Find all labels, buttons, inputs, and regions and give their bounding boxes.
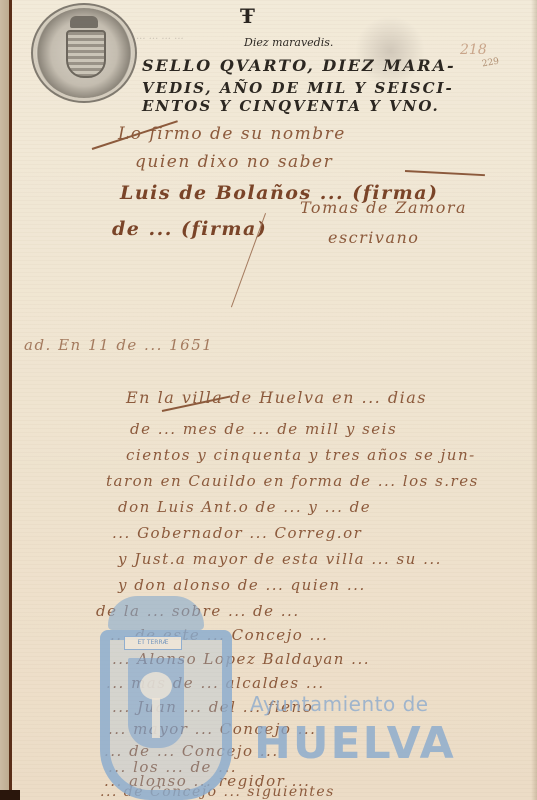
tree-icon <box>140 672 172 700</box>
bleed-through-text: ··· ··· ··· ··· <box>136 34 184 45</box>
stamp-line-3: ENTOS Y CINQVENTA Y VNO. <box>142 97 440 115</box>
date-note: ad. En 11 de ... 1651 <box>24 336 213 354</box>
paragraph-line: ... Gobernador ... Correg.or <box>112 524 362 542</box>
denomination-label: Diez maravedis. <box>244 36 333 49</box>
paragraph-line: taron en Cauildo en forma de ... los s.r… <box>106 472 479 490</box>
stamp-line-2: VEDIS, AÑO DE MIL Y SEISCI- <box>142 79 454 97</box>
watermark-ayuntamiento: Ayuntamiento de <box>250 692 429 716</box>
huelva-coat-of-arms-icon: ET TERRÆ <box>100 630 232 800</box>
paragraph-line: y Just.a mayor de esta villa ... su ... <box>118 550 442 568</box>
shield-field <box>128 658 184 748</box>
watermark-crown-icon <box>108 596 204 630</box>
paragraph-line: y don alonso de ... quien ... <box>118 576 366 594</box>
watermark-huelva: HUELVA <box>254 718 456 769</box>
hw-line: quien dixo no saber <box>135 152 333 172</box>
seal-shield-icon <box>66 30 106 78</box>
page-right-edge <box>531 0 537 800</box>
paragraph-line: cientos y cinquenta y tres años se jun- <box>126 446 476 464</box>
paragraph-line: de ... mes de ... de mill y seis <box>130 420 397 438</box>
seal-crown-icon <box>70 16 98 28</box>
stain <box>355 16 425 86</box>
folio-number: 218 <box>460 42 487 58</box>
printed-mark: Ŧ <box>240 4 255 28</box>
shield-label: ET TERRÆ <box>124 636 182 650</box>
signature: escrivano <box>328 228 419 247</box>
paragraph-line: don Luis Ant.o de ... y ... de <box>118 498 371 516</box>
signature: Tomas de Zamora <box>300 198 467 217</box>
signature: de ... (firma) <box>112 218 267 240</box>
tree-trunk <box>152 698 160 738</box>
paragraph-line: En la villa de Huelva en ... dias <box>126 388 427 407</box>
stamp-line-1: SELLO QVARTO, DIEZ MARA- <box>142 56 456 75</box>
binding-corner <box>0 790 20 800</box>
royal-seal-stamp <box>36 8 132 98</box>
hw-line: Lo firmo de su nombre <box>118 124 346 144</box>
